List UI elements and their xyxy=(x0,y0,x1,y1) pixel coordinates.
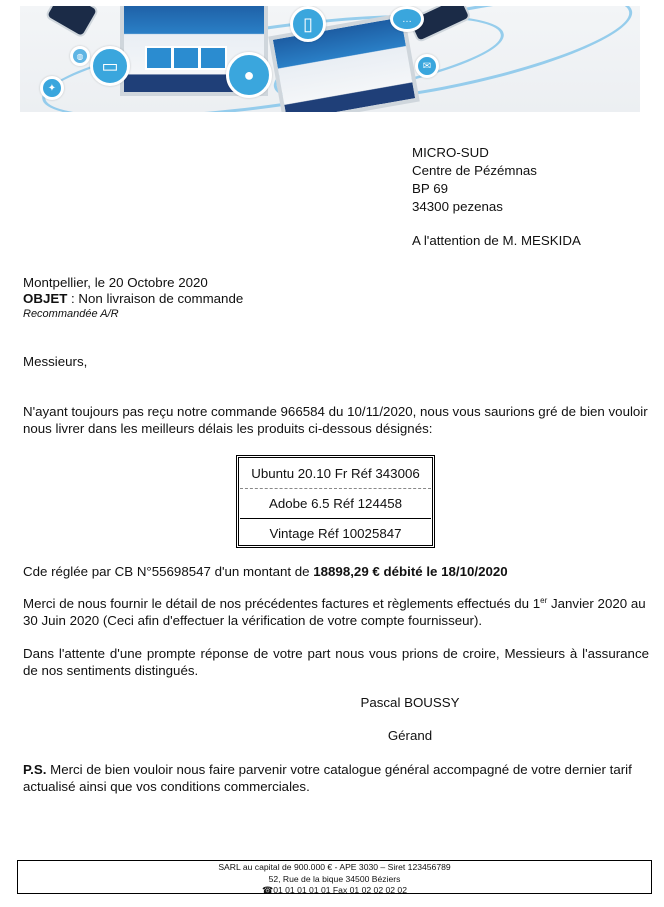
screen-card xyxy=(172,46,200,70)
globe-icon: ◍ xyxy=(70,46,90,66)
payment-amount: 18898,29 € débité le 18/10/2020 xyxy=(313,564,507,579)
recipient-line: Centre de Pézémnas xyxy=(412,162,581,180)
table-row: Adobe 6.5 Réf 124458 xyxy=(240,489,431,519)
footer-legal: SARL au capital de 900.000 € - APE 3030 … xyxy=(18,862,651,874)
payment-line: Cde réglée par CB N°55698547 d'un montan… xyxy=(23,564,508,579)
paragraph-closing: Dans l'attente d'une prompte réponse de … xyxy=(23,645,649,679)
salutation: Messieurs, xyxy=(23,354,87,369)
screen-card xyxy=(199,46,227,70)
place-date: Montpellier, le 20 Octobre 2020 xyxy=(23,275,243,291)
footer-contact: ☎01 01 01 01 01 Fax 01 02 02 02 02 xyxy=(18,885,651,897)
paragraph-order: N'ayant toujours pas reçu notre commande… xyxy=(23,403,649,437)
header-banner-image: ▭ ● ▯ ✦ ✉ … ◍ xyxy=(20,6,640,112)
postscript-text: Merci de bien vouloir nous faire parveni… xyxy=(23,762,632,794)
signer-name: Pascal BOUSSY xyxy=(300,695,520,710)
signer-role: Gérand xyxy=(300,728,520,743)
product-cell: Vintage Réf 10025847 xyxy=(240,519,431,549)
table-row: Vintage Réf 10025847 xyxy=(240,519,431,549)
phone-icon: ☎ xyxy=(262,885,273,895)
twitter-icon: ✦ xyxy=(40,76,64,100)
letter-header: Montpellier, le 20 Octobre 2020 OBJET : … xyxy=(23,275,243,321)
recipient-line: 34300 pezenas xyxy=(412,198,581,216)
delivery-mode: Recommandée A/R xyxy=(23,307,243,321)
attention-line: A l'attention de M. MESKIDA xyxy=(412,232,581,250)
phone-device xyxy=(44,6,99,39)
footer-address: 52, Rue de la bique 34500 Béziers xyxy=(18,874,651,886)
paragraph-invoices: Merci de nous fournir le détail de nos p… xyxy=(23,595,649,629)
mobile-icon: ▯ xyxy=(290,6,326,42)
object-label: OBJET xyxy=(23,291,67,306)
product-cell: Adobe 6.5 Réf 124458 xyxy=(240,489,431,519)
postscript-label: P.S. xyxy=(23,762,46,777)
product-cell: Ubuntu 20.10 Fr Réf 343006 xyxy=(240,459,431,489)
object-line: OBJET : Non livraison de commande xyxy=(23,291,243,307)
company-footer: SARL au capital de 900.000 € - APE 3030 … xyxy=(17,860,652,894)
laptop-icon: ▭ xyxy=(90,46,130,86)
footer-phone-fax: 01 01 01 01 01 Fax 01 02 02 02 02 xyxy=(273,885,407,895)
products-table: Ubuntu 20.10 Fr Réf 343006 Adobe 6.5 Réf… xyxy=(236,455,435,548)
postscript: P.S. Merci de bien vouloir nous faire pa… xyxy=(23,761,643,795)
screen-card xyxy=(145,46,173,70)
user-icon: ● xyxy=(226,52,272,98)
paragraph-text: Merci de nous fournir le détail de nos p… xyxy=(23,596,540,611)
recipient-line: BP 69 xyxy=(412,180,581,198)
recipient-line: MICRO-SUD xyxy=(412,144,581,162)
object-text: : Non livraison de commande xyxy=(67,291,243,306)
recipient-address: MICRO-SUD Centre de Pézémnas BP 69 34300… xyxy=(412,144,581,250)
payment-prefix: Cde réglée par CB N°55698547 d'un montan… xyxy=(23,564,313,579)
table-row: Ubuntu 20.10 Fr Réf 343006 xyxy=(240,459,431,489)
chat-icon: … xyxy=(390,6,424,32)
mail-icon: ✉ xyxy=(415,54,439,78)
